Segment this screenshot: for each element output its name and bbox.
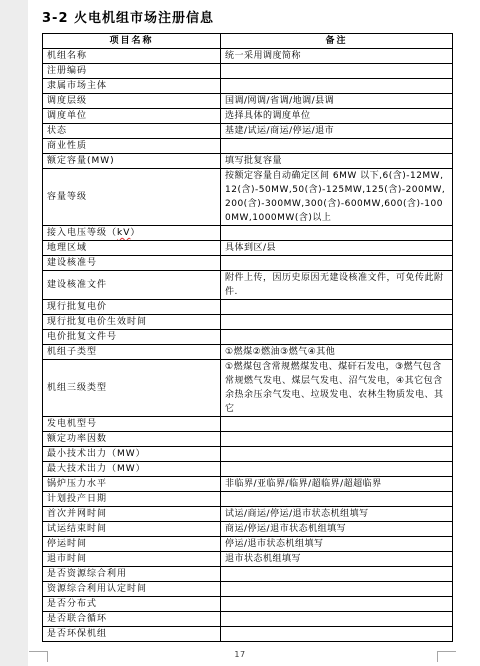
remark-cell: 非临界/亚临界/临界/超临界/超超临界 bbox=[221, 477, 453, 492]
remark-cell bbox=[221, 226, 453, 241]
remark-cell bbox=[221, 492, 453, 507]
table-row: 机组子类型①燃煤②燃油③燃气④其他 bbox=[43, 345, 453, 360]
item-name-cell: 额定功率因数 bbox=[43, 432, 221, 447]
table-row: 状态基建/试运/商运/停运/退市 bbox=[43, 124, 453, 139]
table-header-row: 项目名称 备注 bbox=[43, 34, 453, 49]
item-name-cell: 停运时间 bbox=[43, 537, 221, 552]
item-name-cell: 容量等级 bbox=[43, 169, 221, 226]
item-name-cell: 现行批复电价生效时间 bbox=[43, 315, 221, 330]
table-row: 首次并网时间试运/商运/停运/退市状态机组填写 bbox=[43, 507, 453, 522]
remark-cell bbox=[221, 417, 453, 432]
table-row: 建设核准号 bbox=[43, 256, 453, 271]
table-row: 发电机型号 bbox=[43, 417, 453, 432]
item-name-cell: 建设核准文件 bbox=[43, 271, 221, 300]
item-name-cell: 机组子类型 bbox=[43, 345, 221, 360]
remark-cell: 商运/停运/退市状态机组填写 bbox=[221, 522, 453, 537]
remark-cell: 具体到区/县 bbox=[221, 241, 453, 256]
remark-cell bbox=[221, 582, 453, 597]
remark-cell bbox=[221, 612, 453, 627]
item-name-cell: 现行批复电价 bbox=[43, 300, 221, 315]
item-name-cell: 计划投产日期 bbox=[43, 492, 221, 507]
item-name-cell: 商业性质 bbox=[43, 139, 221, 154]
table-row: 调度单位选择具体的调度单位 bbox=[43, 109, 453, 124]
item-name-cell: 注册编码 bbox=[43, 64, 221, 79]
table-row: 地理区域具体到区/县 bbox=[43, 241, 453, 256]
item-name-cell: 建设核准号 bbox=[43, 256, 221, 271]
remark-cell bbox=[221, 627, 453, 642]
remark-cell: 退市状态机组填写 bbox=[221, 552, 453, 567]
table-row: 退市时间退市状态机组填写 bbox=[43, 552, 453, 567]
item-name-cell: 电价批复文件号 bbox=[43, 330, 221, 345]
item-name-cell: 试运结束时间 bbox=[43, 522, 221, 537]
remark-cell bbox=[221, 597, 453, 612]
item-name-cell: 资源综合利用认定时间 bbox=[43, 582, 221, 597]
remark-cell bbox=[221, 432, 453, 447]
table-row: 接入电压等级（kV） bbox=[43, 226, 453, 241]
table-row: 试运结束时间商运/停运/退市状态机组填写 bbox=[43, 522, 453, 537]
table-row: 锅炉压力水平非临界/亚临界/临界/超临界/超超临界 bbox=[43, 477, 453, 492]
table-row: 注册编码 bbox=[43, 64, 453, 79]
document-page: 3-2 火电机组市场注册信息 项目名称 备注 机组名称统一采用调度简称注册编码隶… bbox=[0, 0, 480, 666]
table-row: 机组名称统一采用调度简称 bbox=[43, 49, 453, 64]
table-row: 电价批复文件号 bbox=[43, 330, 453, 345]
table-row: 是否联合循环 bbox=[43, 612, 453, 627]
remark-cell bbox=[221, 79, 453, 94]
remark-cell bbox=[221, 256, 453, 271]
table-row: 调度层级国调/网调/省调/地调/县调 bbox=[43, 94, 453, 109]
item-name-cell: 机组名称 bbox=[43, 49, 221, 64]
item-name-cell: 是否联合循环 bbox=[43, 612, 221, 627]
registration-table: 项目名称 备注 机组名称统一采用调度简称注册编码隶属市场主体调度层级国调/网调/… bbox=[42, 33, 453, 642]
page-left-gutter bbox=[0, 0, 28, 666]
table-row: 建设核准文件附件上传，因历史原因无建设核准文件，可免传此附件. bbox=[43, 271, 453, 300]
table-row: 现行批复电价生效时间 bbox=[43, 315, 453, 330]
item-name-cell: 接入电压等级（kV） bbox=[43, 226, 221, 241]
table-row: 最小技术出力（MW） bbox=[43, 447, 453, 462]
table-row: 机组三级类型①燃煤包含常规燃煤发电、煤矸石发电，③燃气包含常规燃气发电、煤层气发… bbox=[43, 360, 453, 417]
remark-cell bbox=[221, 300, 453, 315]
table-row: 商业性质 bbox=[43, 139, 453, 154]
table-row: 停运时间停运/退市状态机组填写 bbox=[43, 537, 453, 552]
table-row: 隶属市场主体 bbox=[43, 79, 453, 94]
item-name-cell: 锅炉压力水平 bbox=[43, 477, 221, 492]
item-name-cell: 是否资源综合利用 bbox=[43, 567, 221, 582]
remark-cell: 试运/商运/停运/退市状态机组填写 bbox=[221, 507, 453, 522]
remark-cell bbox=[221, 139, 453, 154]
table-row: 是否分布式 bbox=[43, 597, 453, 612]
item-name-cell: 额定容量(MW) bbox=[43, 154, 221, 169]
item-name-cell: 状态 bbox=[43, 124, 221, 139]
item-name-cell: 发电机型号 bbox=[43, 417, 221, 432]
table-row: 是否环保机组 bbox=[43, 627, 453, 642]
remark-cell bbox=[221, 567, 453, 582]
remark-cell: 国调/网调/省调/地调/县调 bbox=[221, 94, 453, 109]
remark-cell bbox=[221, 447, 453, 462]
remark-cell bbox=[221, 315, 453, 330]
table-row: 最大技术出力（MW） bbox=[43, 462, 453, 477]
table-row: 资源综合利用认定时间 bbox=[43, 582, 453, 597]
item-name-cell: 首次并网时间 bbox=[43, 507, 221, 522]
table-row: 计划投产日期 bbox=[43, 492, 453, 507]
table-row: 额定容量(MW)填写批复容量 bbox=[43, 154, 453, 169]
remark-cell: 基建/试运/商运/停运/退市 bbox=[221, 124, 453, 139]
table-row: 现行批复电价 bbox=[43, 300, 453, 315]
item-name-cell: 最小技术出力（MW） bbox=[43, 447, 221, 462]
spellcheck-underline: kV bbox=[117, 228, 130, 238]
remark-cell bbox=[221, 64, 453, 79]
item-name-cell: 调度层级 bbox=[43, 94, 221, 109]
section-title: 3-2 火电机组市场注册信息 bbox=[42, 7, 214, 26]
remark-cell bbox=[221, 330, 453, 345]
column-header-remark: 备注 bbox=[221, 34, 453, 49]
remark-cell: ①燃煤②燃油③燃气④其他 bbox=[221, 345, 453, 360]
remark-cell: 填写批复容量 bbox=[221, 154, 453, 169]
remark-cell: ①燃煤包含常规燃煤发电、煤矸石发电，③燃气包含常规燃气发电、煤层气发电、沼气发电… bbox=[221, 360, 453, 417]
item-name-cell: 是否环保机组 bbox=[43, 627, 221, 642]
remark-cell: 选择具体的调度单位 bbox=[221, 109, 453, 124]
remark-cell bbox=[221, 462, 453, 477]
item-name-cell: 地理区域 bbox=[43, 241, 221, 256]
item-name-cell: 机组三级类型 bbox=[43, 360, 221, 417]
item-name-cell: 调度单位 bbox=[43, 109, 221, 124]
table-row: 容量等级按额定容量自动确定区间 6MW 以下,6(含)-12MW,12(含)-5… bbox=[43, 169, 453, 226]
column-header-item-name: 项目名称 bbox=[43, 34, 221, 49]
item-name-cell: 是否分布式 bbox=[43, 597, 221, 612]
remark-cell: 统一采用调度简称 bbox=[221, 49, 453, 64]
page-number: 17 bbox=[0, 650, 480, 659]
item-name-cell: 隶属市场主体 bbox=[43, 79, 221, 94]
remark-cell: 附件上传，因历史原因无建设核准文件，可免传此附件. bbox=[221, 271, 453, 300]
registration-table-body: 机组名称统一采用调度简称注册编码隶属市场主体调度层级国调/网调/省调/地调/县调… bbox=[43, 49, 453, 642]
table-row: 是否资源综合利用 bbox=[43, 567, 453, 582]
item-name-cell: 退市时间 bbox=[43, 552, 221, 567]
remark-cell: 停运/退市状态机组填写 bbox=[221, 537, 453, 552]
table-row: 额定功率因数 bbox=[43, 432, 453, 447]
item-name-cell: 最大技术出力（MW） bbox=[43, 462, 221, 477]
remark-cell: 按额定容量自动确定区间 6MW 以下,6(含)-12MW,12(含)-50MW,… bbox=[221, 169, 453, 226]
